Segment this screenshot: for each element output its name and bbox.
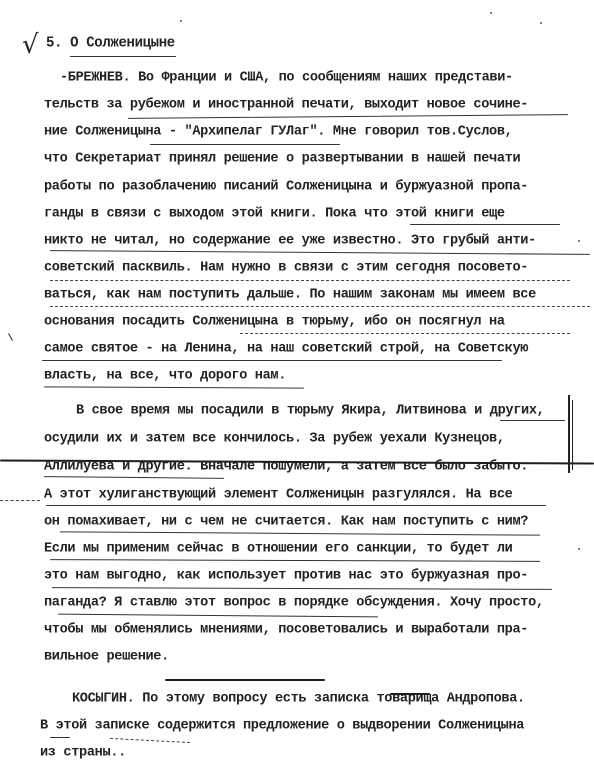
text-line-18: Если мы применим сейчас в отношении его …	[44, 540, 512, 559]
text-line-8: советский пасквиль. Нам нужно в связи с …	[44, 259, 528, 278]
margin-bar-mark	[572, 400, 573, 470]
text-line-20: паганда? Я ставлю этот вопрос в порядке …	[44, 594, 544, 613]
text-line-1: -БРЕЖНЕВ. Во Франции и США, по сообщения…	[60, 69, 513, 88]
check-mark-icon: √	[22, 32, 39, 58]
heading-underline	[70, 56, 176, 57]
text-line-25: из страны..	[40, 744, 126, 763]
text-line-17: он помахивает, ни с чем не считается. Ка…	[44, 513, 528, 532]
text-line-11: самое святое - на Ленина, на наш советск…	[44, 340, 528, 359]
text-line-9: ваться, как нам поступить дальше. По наш…	[44, 286, 536, 305]
speck	[180, 20, 182, 22]
text-line-4: что Секретариат принял решение о разверт…	[44, 150, 520, 169]
pen-underline	[58, 614, 378, 618]
pen-underline	[44, 386, 304, 388]
pen-underline	[60, 531, 540, 535]
pen-underline	[50, 559, 540, 562]
pen-underline	[52, 587, 552, 590]
pen-mark	[390, 693, 430, 695]
scanned-document-page: √ 5. О Солженицыне -БРЕЖНЕВ. Во Франции …	[0, 0, 594, 780]
margin-stroke-mark	[8, 333, 13, 340]
pen-underline	[410, 224, 560, 225]
pen-underline	[165, 679, 325, 681]
speck	[490, 12, 492, 14]
speck	[578, 240, 580, 242]
pen-mark	[50, 737, 70, 738]
pen-underline	[150, 144, 340, 145]
pen-underline	[500, 420, 565, 421]
pen-dashed-underline	[50, 280, 570, 282]
text-line-14: осудили их и затем все кончилось. За руб…	[44, 430, 505, 449]
text-line-6: ганды в связи с выходом этой книги. Пока…	[44, 205, 505, 224]
text-line-16: А этот хулиганствующий элемент Солженицы…	[44, 486, 512, 505]
text-line-22: вильное решение.	[44, 648, 169, 667]
text-line-19: это нам выгодно, как использует против н…	[44, 567, 528, 586]
pen-dashed-underline	[240, 333, 570, 335]
speck	[540, 22, 542, 24]
pen-dashed-underline	[50, 306, 590, 308]
text-line-23: КОСЫГИН. По этому вопросу есть записка т…	[72, 690, 525, 709]
margin-dash-mark	[0, 500, 40, 502]
text-line-3: ние Солженицына - "Архипелаг ГУЛаг". Мне…	[44, 123, 512, 142]
pen-underline	[46, 505, 546, 506]
text-line-24: В этой записке содержится предложение о …	[40, 717, 524, 736]
speck	[578, 548, 580, 550]
text-line-13: В свое время мы посадили в тюрьму Якира,…	[76, 402, 544, 421]
text-line-5: работы по разоблачению писаний Солженицы…	[44, 178, 528, 197]
text-line-10: основания посадить Солженицына в тюрьму,…	[44, 313, 505, 332]
text-line-7: никто не читал, но содержание ее уже изв…	[44, 232, 536, 251]
text-line-12: власть, на все, что дорого нам.	[44, 367, 286, 386]
margin-bar-mark	[568, 395, 570, 473]
text-line-2: тельств за рубежом и иностранной печати,…	[44, 96, 528, 115]
section-heading: 5. О Солженицыне	[46, 34, 175, 53]
pen-underline	[42, 360, 502, 361]
text-line-21: чтобы мы обменялись мнениями, посоветова…	[44, 621, 528, 640]
